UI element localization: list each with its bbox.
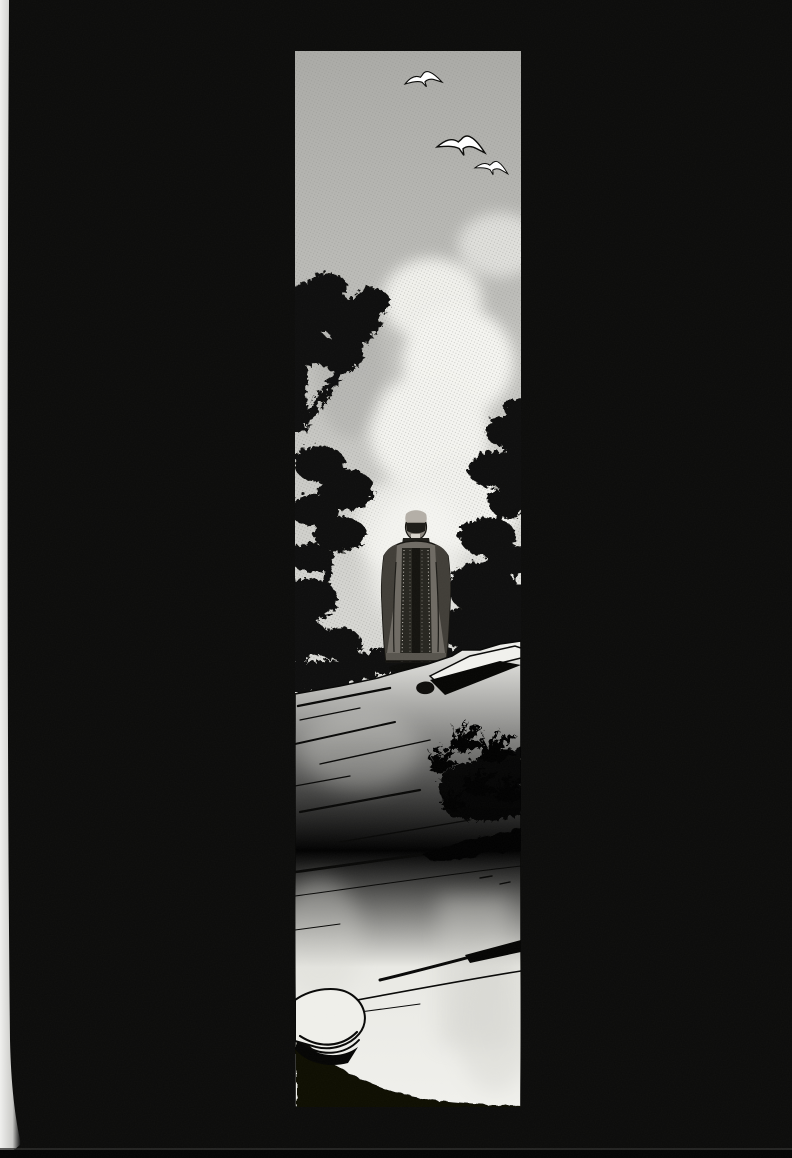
manga-page (0, 0, 792, 1158)
manga-artwork (0, 0, 792, 1158)
paper-grain (0, 0, 792, 1158)
